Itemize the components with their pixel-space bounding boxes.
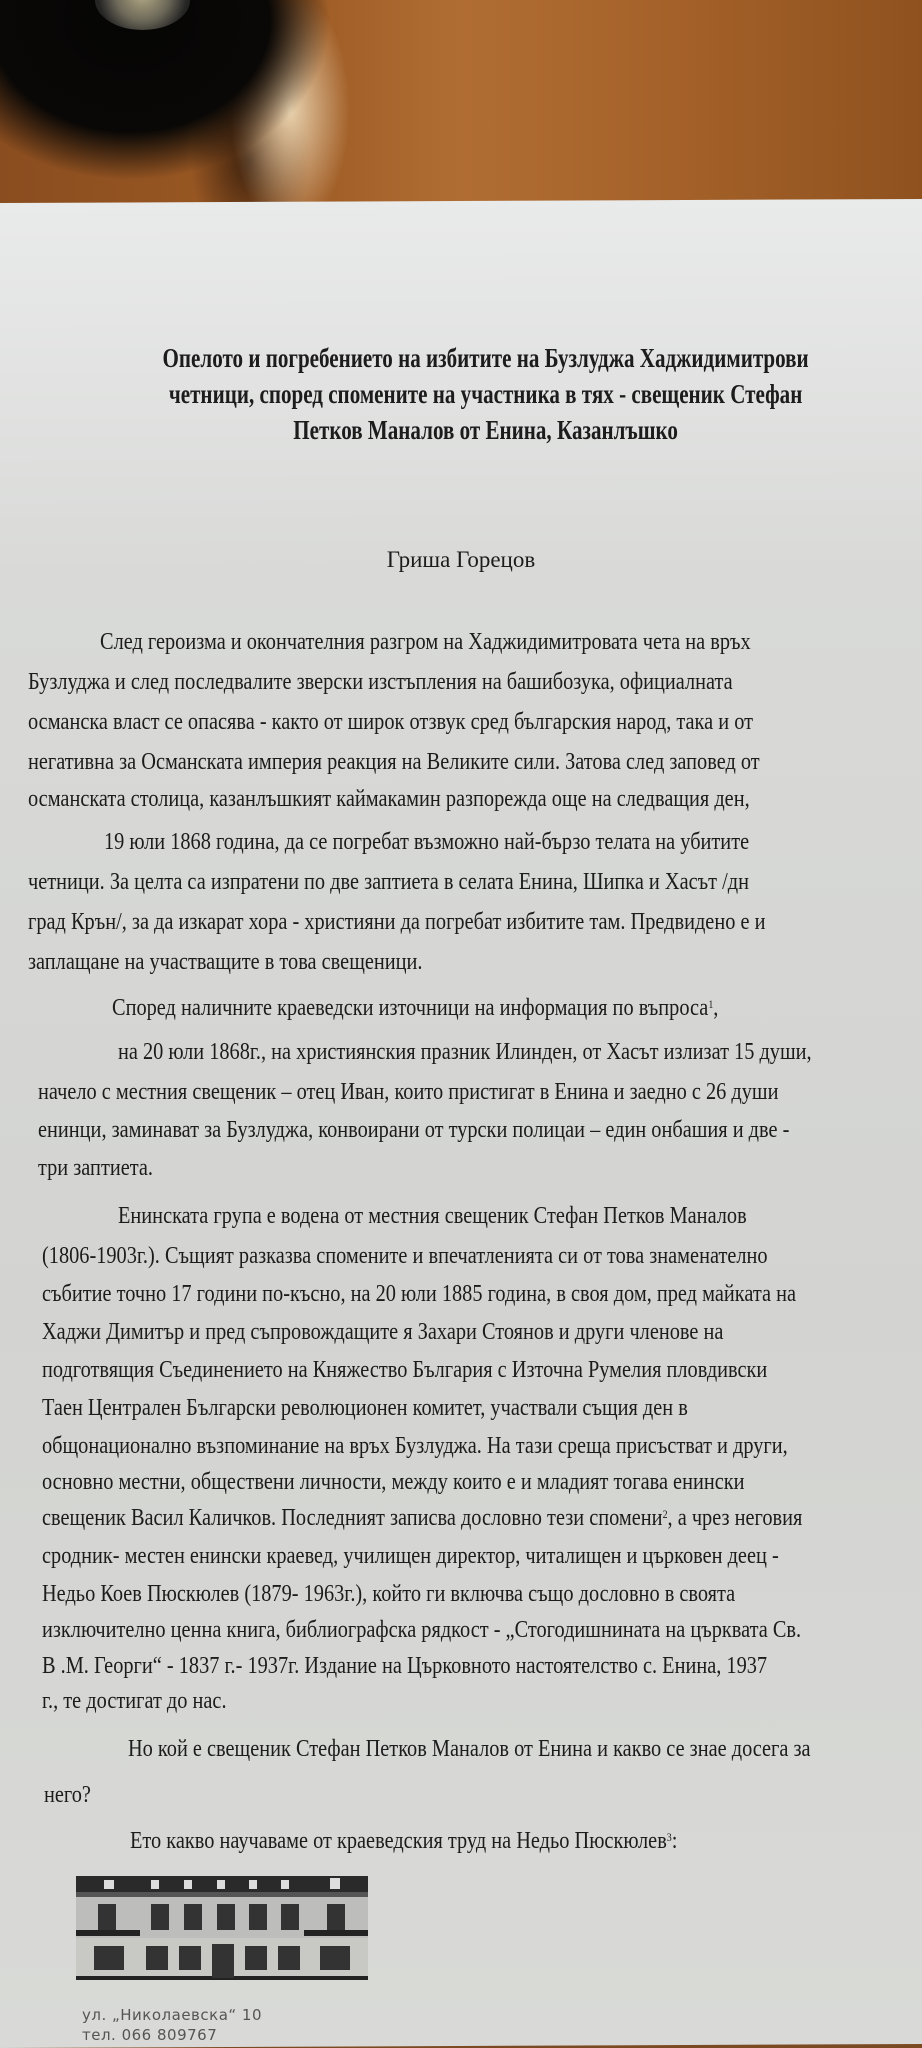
text-line: град Крън/, за да изкарат хора - христия… <box>28 906 765 938</box>
text-line: подготвящия Съединението на Княжество Бъ… <box>42 1354 767 1386</box>
title-line: четници, според спомените на участника в… <box>103 376 867 412</box>
text-line: свещеник Васил Каличков. Последният запи… <box>42 1502 802 1534</box>
author-name: Гриша Горецов <box>0 547 922 573</box>
text-line: Ето какво научаваме от краеведския труд … <box>130 1825 677 1857</box>
text-line: три заптиета. <box>38 1152 153 1184</box>
text-line: заплащане на участващите в това свещениц… <box>28 946 422 978</box>
background-fur-rug <box>0 0 922 205</box>
text-line: Но кой е свещеник Стефан Петков Маналов … <box>128 1733 811 1765</box>
text-line: След героизма и окончателния разгром на … <box>100 626 751 658</box>
footer-phone: тел. 066 809767 <box>82 2025 262 2045</box>
text-line: начело с местния свещеник – отец Иван, к… <box>38 1076 778 1108</box>
text-line: основно местни, обществени личности, меж… <box>42 1466 745 1498</box>
text-span: , а чрез неговия <box>668 1504 803 1531</box>
text-line: 19 юли 1868 година, да се погребат възмо… <box>104 826 749 858</box>
text-line: В .М. Георги“ - 1837 г.- 1937г. Издание … <box>42 1650 767 1682</box>
footnote-ref[interactable]: 3 <box>667 1830 672 1844</box>
text-line: него? <box>44 1779 91 1811</box>
text-line: Таен Централен Български революционен ко… <box>42 1392 688 1424</box>
footer-contact: ул. „Николаевска“ 10 тел. 066 809767 <box>82 2005 262 2045</box>
text-span: : <box>672 1827 678 1854</box>
footnote-ref[interactable]: 1 <box>708 997 713 1011</box>
text-span: , <box>713 994 718 1021</box>
text-line: османска власт се опасява - както от шир… <box>28 706 753 738</box>
text-line: сродник- местен енински краевед, училище… <box>42 1540 779 1572</box>
text-line: събитие точно 17 години по-късно, на 20 … <box>42 1278 796 1310</box>
text-line: османската столица, казанлъшкият каймака… <box>28 783 750 815</box>
text-line: четници. За целта са изпратени по две за… <box>28 866 749 898</box>
title-line: Петков Маналов от Енина, Казанлъшко <box>103 412 867 448</box>
text-line: Хаджи Димитър и пред съпровождащите я За… <box>42 1316 723 1348</box>
text-line: негативна за Османската империя реакция … <box>28 746 760 778</box>
text-line: Недьо Коев Пюскюлев (1879- 1963г.), койт… <box>42 1578 735 1610</box>
text-line: г., те достигат до нас. <box>42 1685 227 1717</box>
text-span: Според наличните краеведски източници на… <box>112 994 708 1021</box>
text-line: Според наличните краеведски източници на… <box>112 992 718 1024</box>
text-span: Ето какво научаваме от краеведския труд … <box>130 1827 667 1854</box>
text-line: (1806-1903г.). Същият разказва спомените… <box>42 1240 768 1272</box>
document-title: Опелото и погребението на избитите на Бу… <box>103 340 867 448</box>
text-line: Енинската група е водена от местния свещ… <box>118 1200 747 1232</box>
footer-address: ул. „Николаевска“ 10 <box>82 2005 262 2025</box>
title-line: Опелото и погребението на избитите на Бу… <box>103 340 867 376</box>
footnote-ref[interactable]: 2 <box>663 1507 668 1521</box>
text-line: на 20 юли 1868г., на християнския празни… <box>118 1036 812 1068</box>
text-line: изключително ценна книга, библиографска … <box>42 1614 801 1646</box>
text-line: енинци, заминават за Бузлуджа, конвоиран… <box>38 1114 789 1146</box>
text-span: свещеник Васил Каличков. Последният запи… <box>42 1504 663 1531</box>
building-logo-icon <box>76 1866 368 1983</box>
text-line: Бузлуджа и след последвалите зверски изс… <box>28 666 733 698</box>
text-line: общонационално възпоминание на връх Бузл… <box>42 1430 788 1462</box>
